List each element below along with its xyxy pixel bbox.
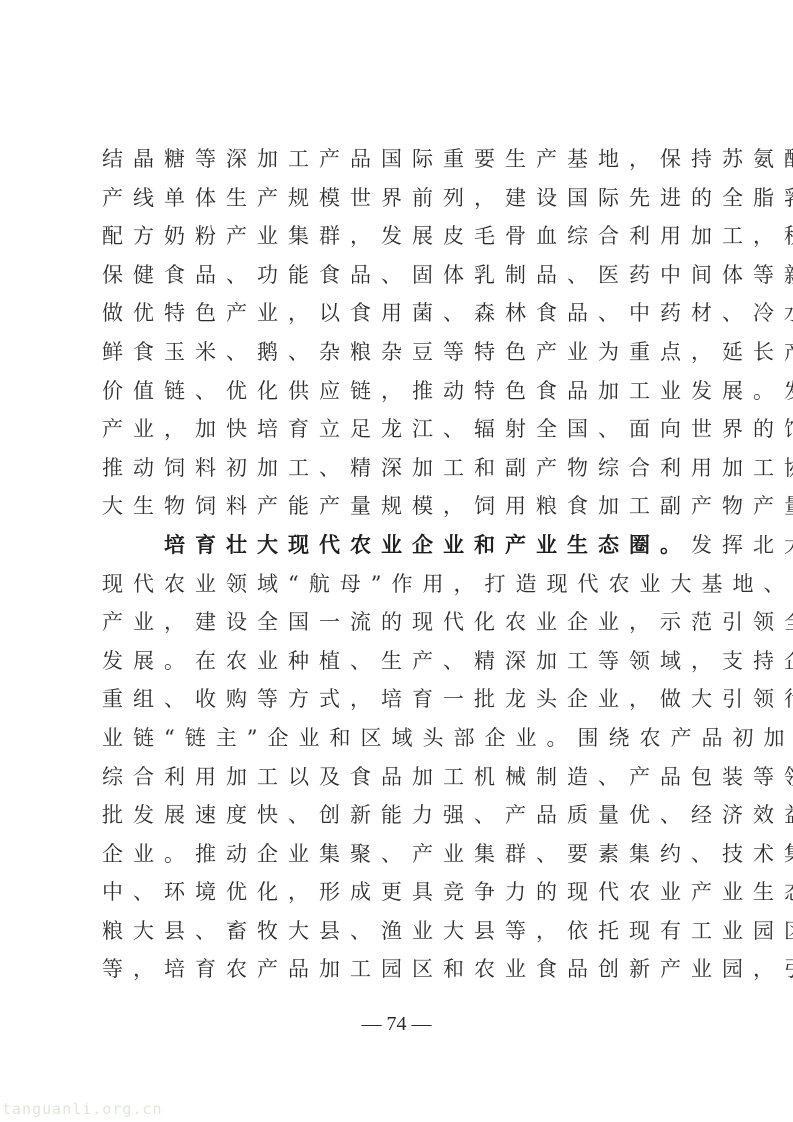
text-line: 粮大县、畜牧大县、渔业大县等，依托现有工业园区、物流园区 <box>102 912 702 951</box>
document-page: 结晶糖等深加工产品国际重要生产基地，保持苏氨酸、色氨酸生 产线单体生产规模世界前… <box>0 0 793 1122</box>
text-line: 推动饲料初加工、精深加工和副产物综合利用加工协同发展，扩 <box>102 449 702 488</box>
body-text: 结晶糖等深加工产品国际重要生产基地，保持苏氨酸、色氨酸生 产线单体生产规模世界前… <box>102 140 702 989</box>
text-line: 保健食品、功能食品、固体乳制品、医药中间体等新产品。做精 <box>102 256 702 295</box>
text-line: 业链“链主”企业和区域头部企业。围绕农产品初加工、精深加工、 <box>102 719 702 758</box>
watermark: tanguanli.org.cn <box>2 1100 163 1118</box>
text-line: 价值链、优化供应链，推动特色食品加工业发展。发展壮大饲料 <box>102 372 702 411</box>
text-line: 结晶糖等深加工产品国际重要生产基地，保持苏氨酸、色氨酸生 <box>102 140 702 179</box>
text-line: 重组、收购等方式，培育一批龙头企业，做大引领行业发展的产 <box>102 680 702 719</box>
text-line: 产业，加快培育立足龙江、辐射全国、面向世界的饲料产业集群， <box>102 410 702 449</box>
text-line: 做优特色产业，以食用菌、森林食品、中药材、冷水鱼、果蔬、 <box>102 294 702 333</box>
section-heading: 培育壮大现代农业企业和产业生态圈。 <box>164 532 691 557</box>
section-first-line: 培育壮大现代农业企业和产业生态圈。发挥北大荒农垦集团 <box>102 526 702 565</box>
text-line: 产业，建设全国一流的现代化农业企业，示范引领全省现代农业 <box>102 603 702 642</box>
text-line: 配方奶粉产业集群，发展皮毛骨血综合利用加工，积极开发高端 <box>102 217 702 256</box>
text-line: 发展。在农业种植、生产、精深加工等领域，支持企业通过兼并、 <box>102 642 702 681</box>
text-line: 产线单体生产规模世界前列，建设国际先进的全脂乳粉和婴幼儿 <box>102 179 702 218</box>
section-first-line-text: 发挥北大荒农垦集团 <box>691 533 793 557</box>
text-line: 现代农业领域“航母”作用，打造现代农业大基地、大企业、大 <box>102 565 702 604</box>
text-line: 企业。推动企业集聚、产业集群、要素集约、技术集成、服务集 <box>102 835 702 874</box>
text-line: 中、环境优化，形成更具竞争力的现代农业产业生态圈。支持产 <box>102 873 702 912</box>
text-line: 综合利用加工以及食品加工机械制造、产品包装等领域，培育一 <box>102 758 702 797</box>
text-line: 鲜食玉米、鹅、杂粮杂豆等特色产业为重点，延长产业链、提升 <box>102 333 702 372</box>
text-line: 批发展速度快、创新能力强、产品质量优、经济效益好的中小型 <box>102 796 702 835</box>
text-line: 大生物饲料产能产量规模，饲用粮食加工副产物产量全国领先。 <box>102 487 702 526</box>
text-line: 等，培育农产品加工园区和农业食品创新产业园，引导头部企业、 <box>102 950 702 989</box>
page-number: — 74 — <box>0 1013 793 1036</box>
